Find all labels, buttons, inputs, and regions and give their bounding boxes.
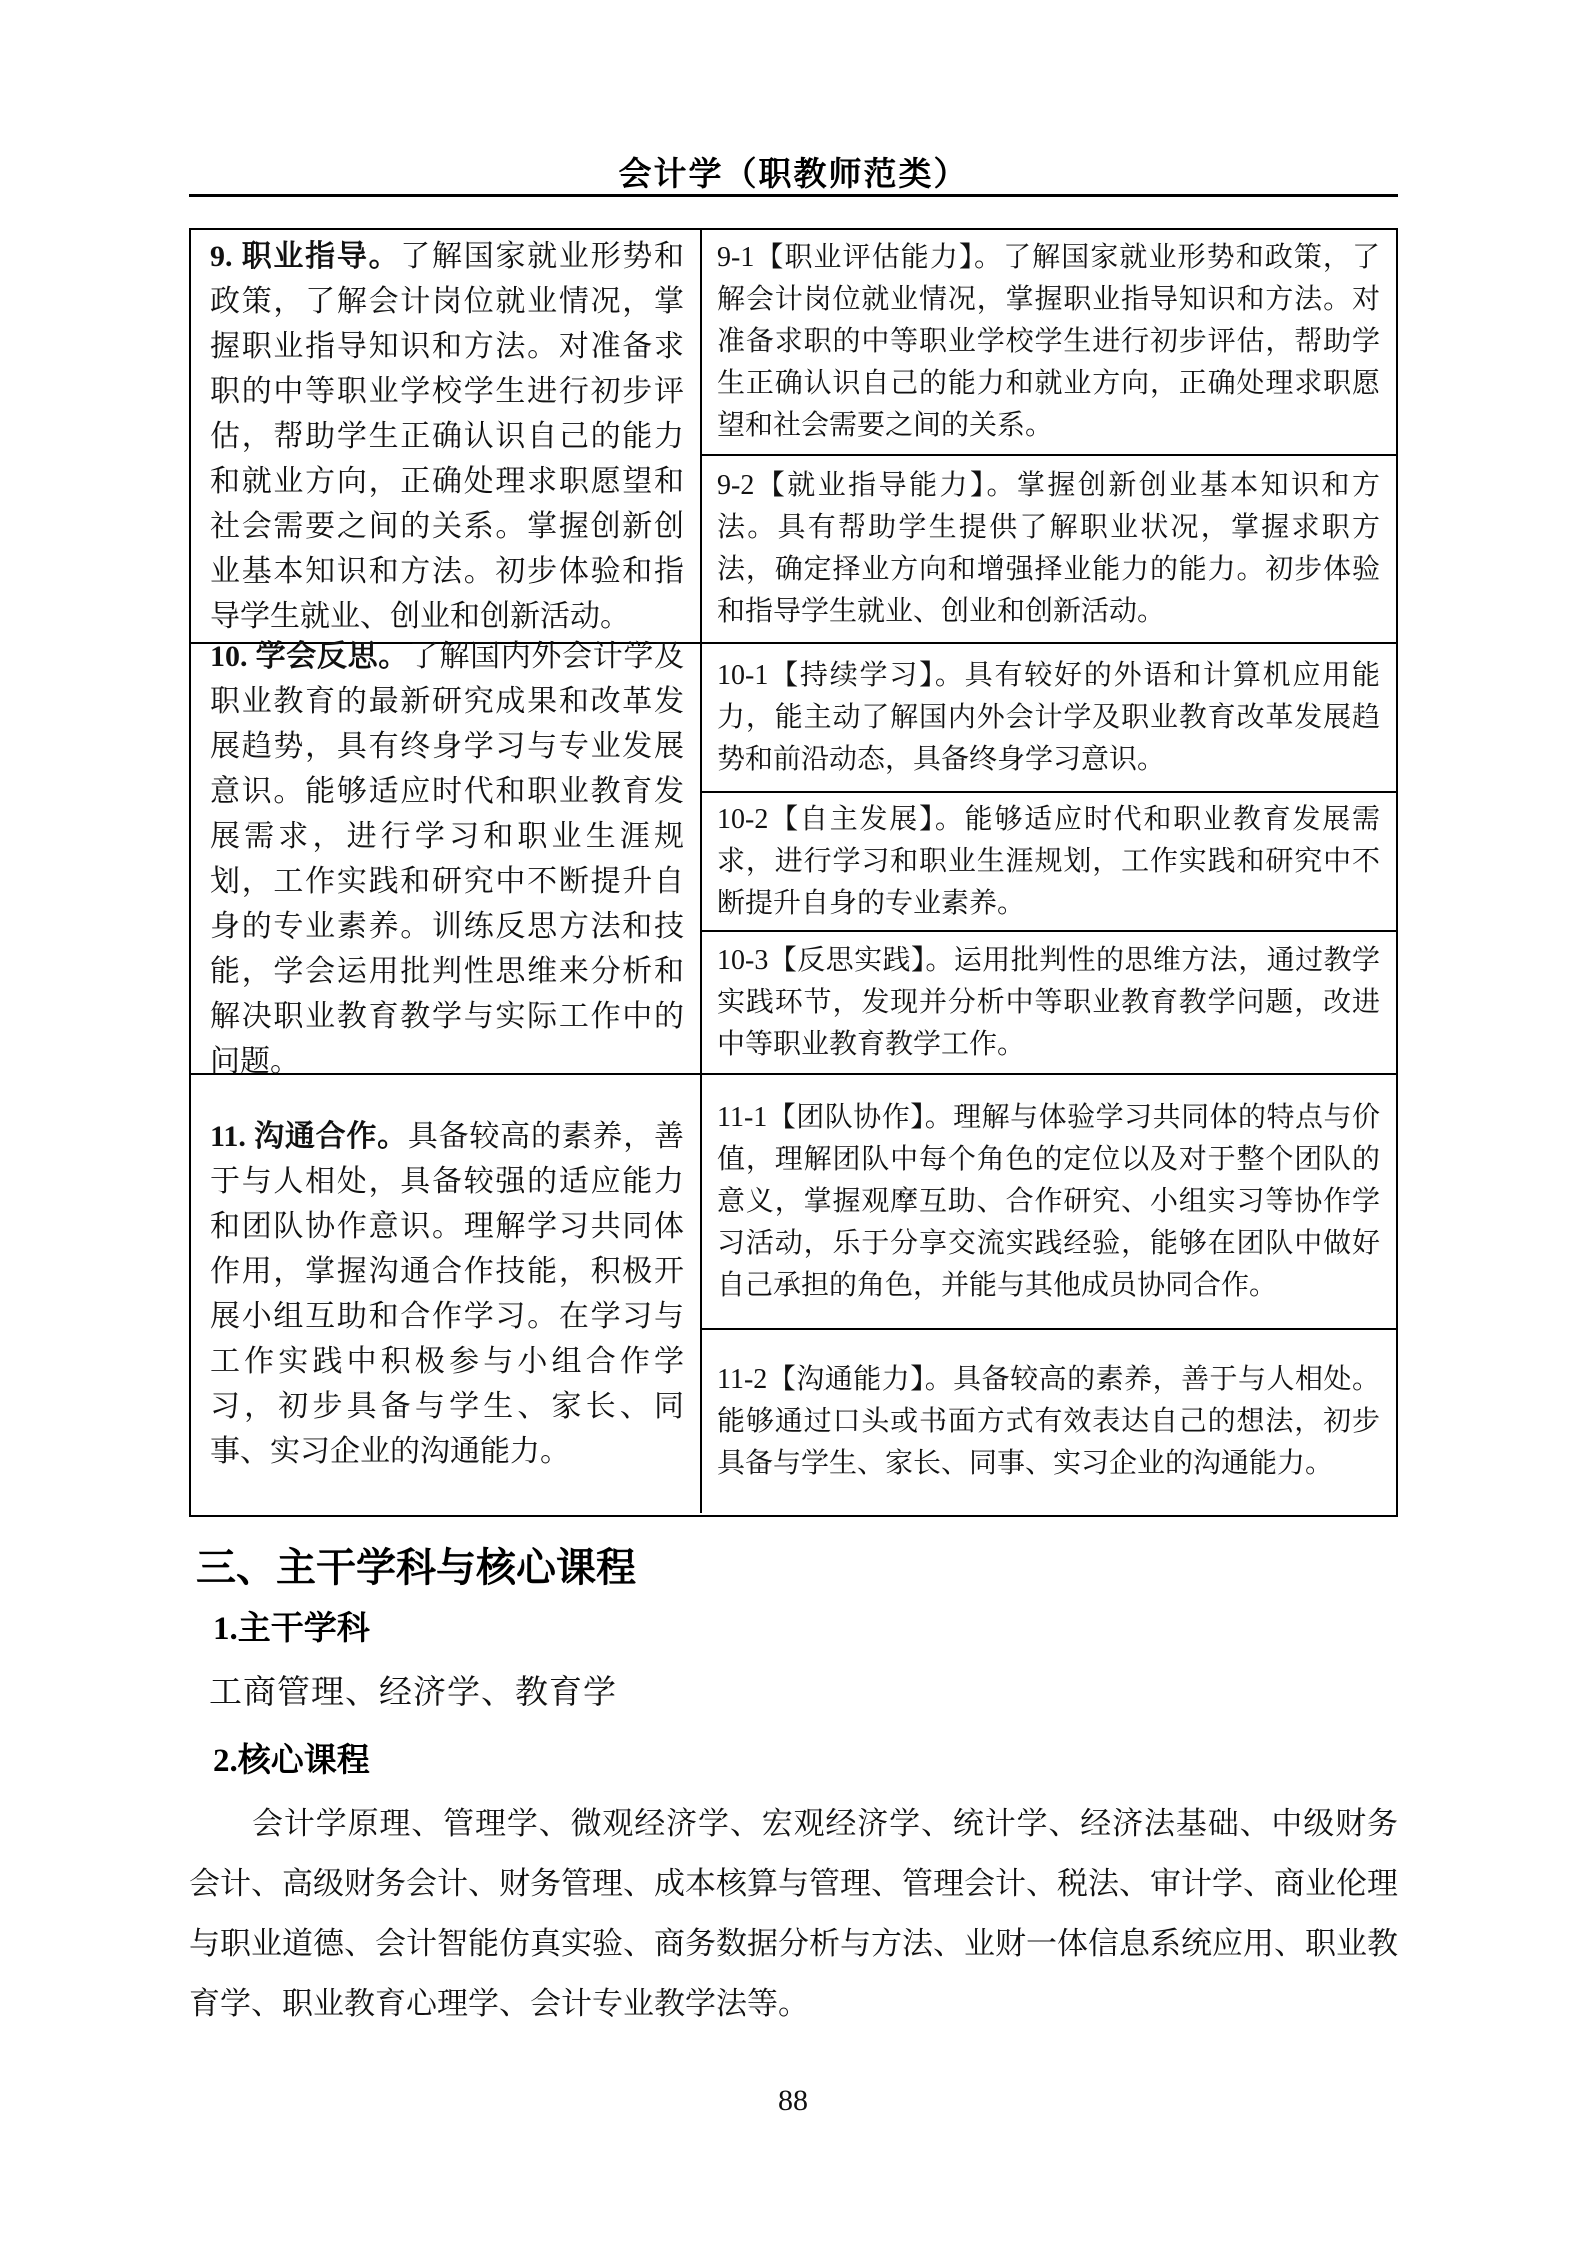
- indicator-text: 10-3【反思实践】。运用批判性的思维方法，通过教学实践环节，发现并分析中等职业…: [717, 940, 1380, 1066]
- competency-cell-text: 10. 学会反思。了解国内外会计学及职业教育的最新研究成果和改革发展趋势，具有终…: [210, 634, 684, 1084]
- indicator-cell: 10-3【反思实践】。运用批判性的思维方法，通过教学实践环节，发现并分析中等职业…: [702, 932, 1396, 1073]
- indicator-text: 9-2【就业指导能力】。掌握创新创业基本知识和方法。具有帮助学生提供了解职业状况…: [717, 465, 1380, 633]
- competency-table: 9. 职业指导。了解国家就业形势和政策，了解会计岗位就业情况，掌握职业指导知识和…: [189, 228, 1398, 1517]
- indicator-text: 10-2【自主发展】。能够适应时代和职业教育发展需求，进行学习和职业生涯规划，工…: [717, 799, 1380, 925]
- table-row: 9. 职业指导。了解国家就业形势和政策，了解会计岗位就业情况，掌握职业指导知识和…: [191, 230, 1396, 644]
- indicator-cell: 9-1【职业评估能力】。了解国家就业形势和政策，了解会计岗位就业情况，掌握职业指…: [702, 230, 1396, 456]
- indicator-text: 11-2【沟通能力】。具备较高的素养，善于与人相处。能够通过口头或书面方式有效表…: [717, 1359, 1380, 1485]
- competency-cell: 11. 沟通合作。具备较高的素养，善于与人相处，具备较强的适应能力和团队协作意识…: [191, 1075, 702, 1513]
- indicator-column: 11-1【团队协作】。理解与体验学习共同体的特点与价值，理解团队中每个角色的定位…: [702, 1075, 1396, 1513]
- indicator-text: 9-1【职业评估能力】。了解国家就业形势和政策，了解会计岗位就业情况，掌握职业指…: [717, 237, 1380, 447]
- indicator-cell: 9-2【就业指导能力】。掌握创新创业基本知识和方法。具有帮助学生提供了解职业状况…: [702, 456, 1396, 642]
- table-row: 10. 学会反思。了解国内外会计学及职业教育的最新研究成果和改革发展趋势，具有终…: [191, 644, 1396, 1075]
- indicator-text: 11-1【团队协作】。理解与体验学习共同体的特点与价值，理解团队中每个角色的定位…: [717, 1097, 1380, 1307]
- page-title: 会计学（职教师范类）: [189, 148, 1398, 195]
- competency-cell-text: 11. 沟通合作。具备较高的素养，善于与人相处，具备较强的适应能力和团队协作意识…: [210, 1114, 684, 1474]
- subsection-2-label: 2.核心课程: [213, 1734, 370, 1781]
- indicator-cell: 10-1【持续学习】。具有较好的外语和计算机应用能力，能主动了解国内外会计学及职…: [702, 644, 1396, 793]
- subsection-1-label: 1.主干学科: [213, 1602, 370, 1649]
- competency-cell-text: 9. 职业指导。了解国家就业形势和政策，了解会计岗位就业情况，掌握职业指导知识和…: [210, 234, 684, 639]
- core-courses-paragraph: 会计学原理、管理学、微观经济学、宏观经济学、统计学、经济法基础、中级财务会计、高…: [189, 1794, 1398, 2034]
- competency-cell: 10. 学会反思。了解国内外会计学及职业教育的最新研究成果和改革发展趋势，具有终…: [191, 644, 702, 1073]
- table-row: 11. 沟通合作。具备较高的素养，善于与人相处，具备较强的适应能力和团队协作意识…: [191, 1075, 1396, 1513]
- document-page: 会计学（职教师范类） 9. 职业指导。了解国家就业形势和政策，了解会计岗位就业情…: [0, 0, 1586, 2245]
- indicator-cell: 10-2【自主发展】。能够适应时代和职业教育发展需求，进行学习和职业生涯规划，工…: [702, 793, 1396, 932]
- competency-cell: 9. 职业指导。了解国家就业形势和政策，了解会计岗位就业情况，掌握职业指导知识和…: [191, 230, 702, 642]
- competency-text: 了解国家就业形势和政策，了解会计岗位就业情况，掌握职业指导知识和方法。对准备求职…: [210, 240, 684, 633]
- subsection-1-body: 工商管理、经济学、教育学: [209, 1666, 617, 1713]
- competency-label: 11. 沟通合作。: [210, 1120, 408, 1153]
- title-rule: [189, 194, 1398, 197]
- competency-label: 10. 学会反思。: [210, 640, 409, 673]
- competency-text: 了解国内外会计学及职业教育的最新研究成果和改革发展趋势，具有终身学习与专业发展意…: [210, 640, 684, 1078]
- indicator-text: 10-1【持续学习】。具有较好的外语和计算机应用能力，能主动了解国内外会计学及职…: [717, 655, 1380, 781]
- page-number: 88: [0, 2084, 1586, 2118]
- indicator-column: 10-1【持续学习】。具有较好的外语和计算机应用能力，能主动了解国内外会计学及职…: [702, 644, 1396, 1073]
- competency-label: 9. 职业指导。: [210, 240, 400, 273]
- indicator-column: 9-1【职业评估能力】。了解国家就业形势和政策，了解会计岗位就业情况，掌握职业指…: [702, 230, 1396, 642]
- competency-text: 具备较高的素养，善于与人相处，具备较强的适应能力和团队协作意识。理解学习共同体作…: [210, 1120, 684, 1468]
- indicator-cell: 11-2【沟通能力】。具备较高的素养，善于与人相处。能够通过口头或书面方式有效表…: [702, 1330, 1396, 1513]
- section-heading: 三、主干学科与核心课程: [196, 1536, 636, 1593]
- indicator-cell: 11-1【团队协作】。理解与体验学习共同体的特点与价值，理解团队中每个角色的定位…: [702, 1075, 1396, 1330]
